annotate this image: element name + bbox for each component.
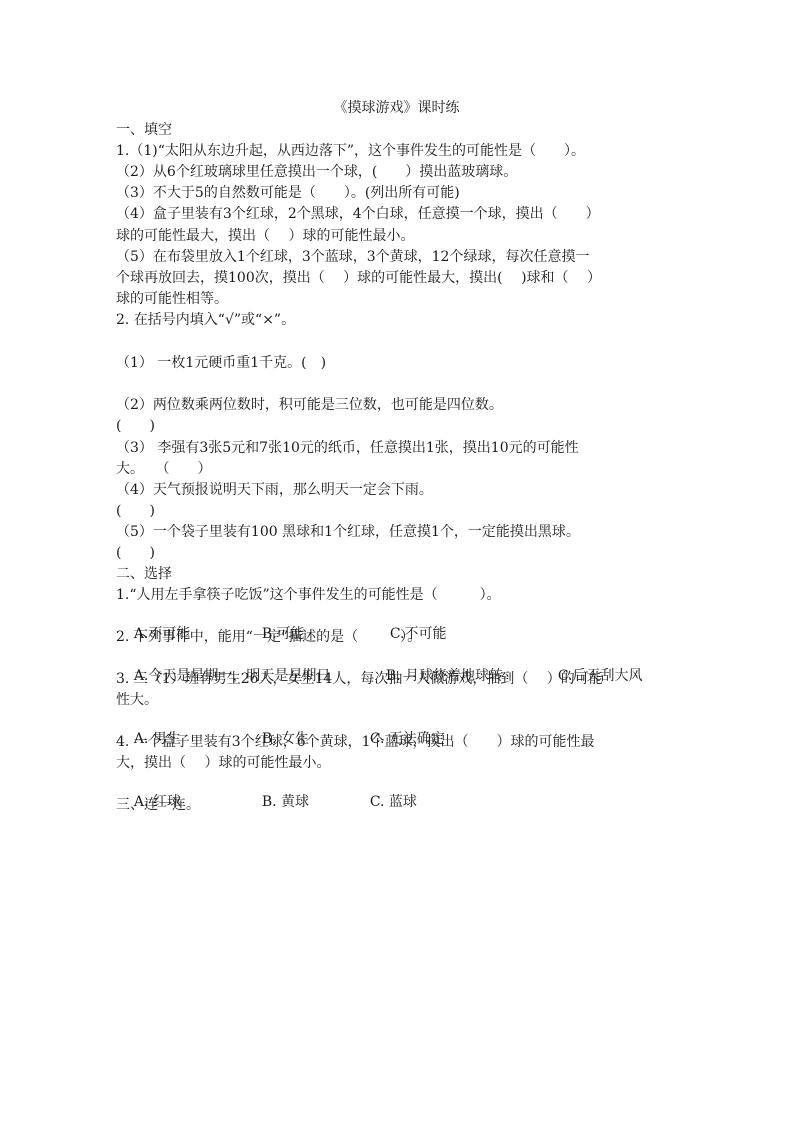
fill-q4-line2: 球的可能性最大，摸出（ ）球的可能性最小。 <box>116 227 414 245</box>
fill-q5-line1: （5）在布袋里放入1个红球，3个蓝球，3个黄球，12个绿球，每次任意摸一 <box>116 248 589 266</box>
choice-q4-line1: 4. 一个盒子里装有3个红球，6个黄球，1个蓝球，摸出（ ）球的可能性最 <box>116 733 595 751</box>
judge-item-2-line1: （2）两位数乘两位数时，积可能是三位数，也可能是四位数。 <box>116 396 503 414</box>
judge-item-2-line2: ( ) <box>116 417 155 435</box>
judge-item-4-line2: ( ) <box>116 502 155 520</box>
fill-q4-line1: （4）盒子里装有3个红球，2个黑球，4个白球，任意摸一个球，摸出（ ） <box>116 205 600 223</box>
option-b: B. 黄球 <box>262 793 370 811</box>
section-heading-fill-blank: 一、填空 <box>116 121 172 139</box>
choice-q3-line1: 3. 三（1）班有男生26人，女生14人，每次抽一人做游戏，抽到（ ）的可能 <box>116 670 603 688</box>
fill-q1-line: 1.（1)“太阳从东边升起，从西边落下”，这个事件发生的可能性是（ ）。 <box>116 142 585 160</box>
judge-item-5-line1: （5）一个袋子里装有100 黑球和1个红球，任意摸1个，一定能摸出黑球。 <box>116 523 580 541</box>
page-title: 《摸球游戏》课时练 <box>0 99 793 117</box>
judge-item-4-line1: （4）天气预报说明天下雨，那么明天一定会下雨。 <box>116 481 433 499</box>
judge-item-5-line2: ( ) <box>116 544 155 562</box>
section-heading-choice: 二、选择 <box>116 565 172 583</box>
section-heading-matching: 三、连一连。 <box>116 796 200 814</box>
judge-item-3-line1: （3） 李强有3张5元和7张10元的纸币，任意摸出1张，摸出10元的可能性 <box>116 439 579 457</box>
fill-q5-line2: 个球再放回去，摸100次，摸出（ ）球的可能性最大，摸出( )球和（ ） <box>116 269 601 287</box>
fill-q5-line3: 球的可能性相等。 <box>116 290 228 308</box>
choice-q1: 1.“人用左手拿筷子吃饭”这个事件发生的可能性是（ ）。 <box>116 586 501 604</box>
fill-q3-line: （3）不大于5的自然数可能是（ ）。(列出所有可能) <box>116 184 460 202</box>
judge-heading: 2. 在括号内填入“√”或“×”。 <box>116 311 295 329</box>
judge-item-3-line2: 大。 （ ） <box>116 460 211 478</box>
option-c: C. 蓝球 <box>370 793 417 811</box>
choice-q3-line2: 性大。 <box>116 691 158 709</box>
choice-q2: 2. 下列事件中，能用“一定”描述的是（ ）。 <box>116 628 421 646</box>
fill-q2-line: （2）从6个红玻璃球里任意摸出一个球，( ）摸出蓝玻璃球。 <box>116 163 517 181</box>
choice-q4-line2: 大，摸出（ ）球的可能性最小。 <box>116 754 330 772</box>
judge-item-1: （1） 一枚1元硬币重1千克。( ) <box>116 354 326 372</box>
